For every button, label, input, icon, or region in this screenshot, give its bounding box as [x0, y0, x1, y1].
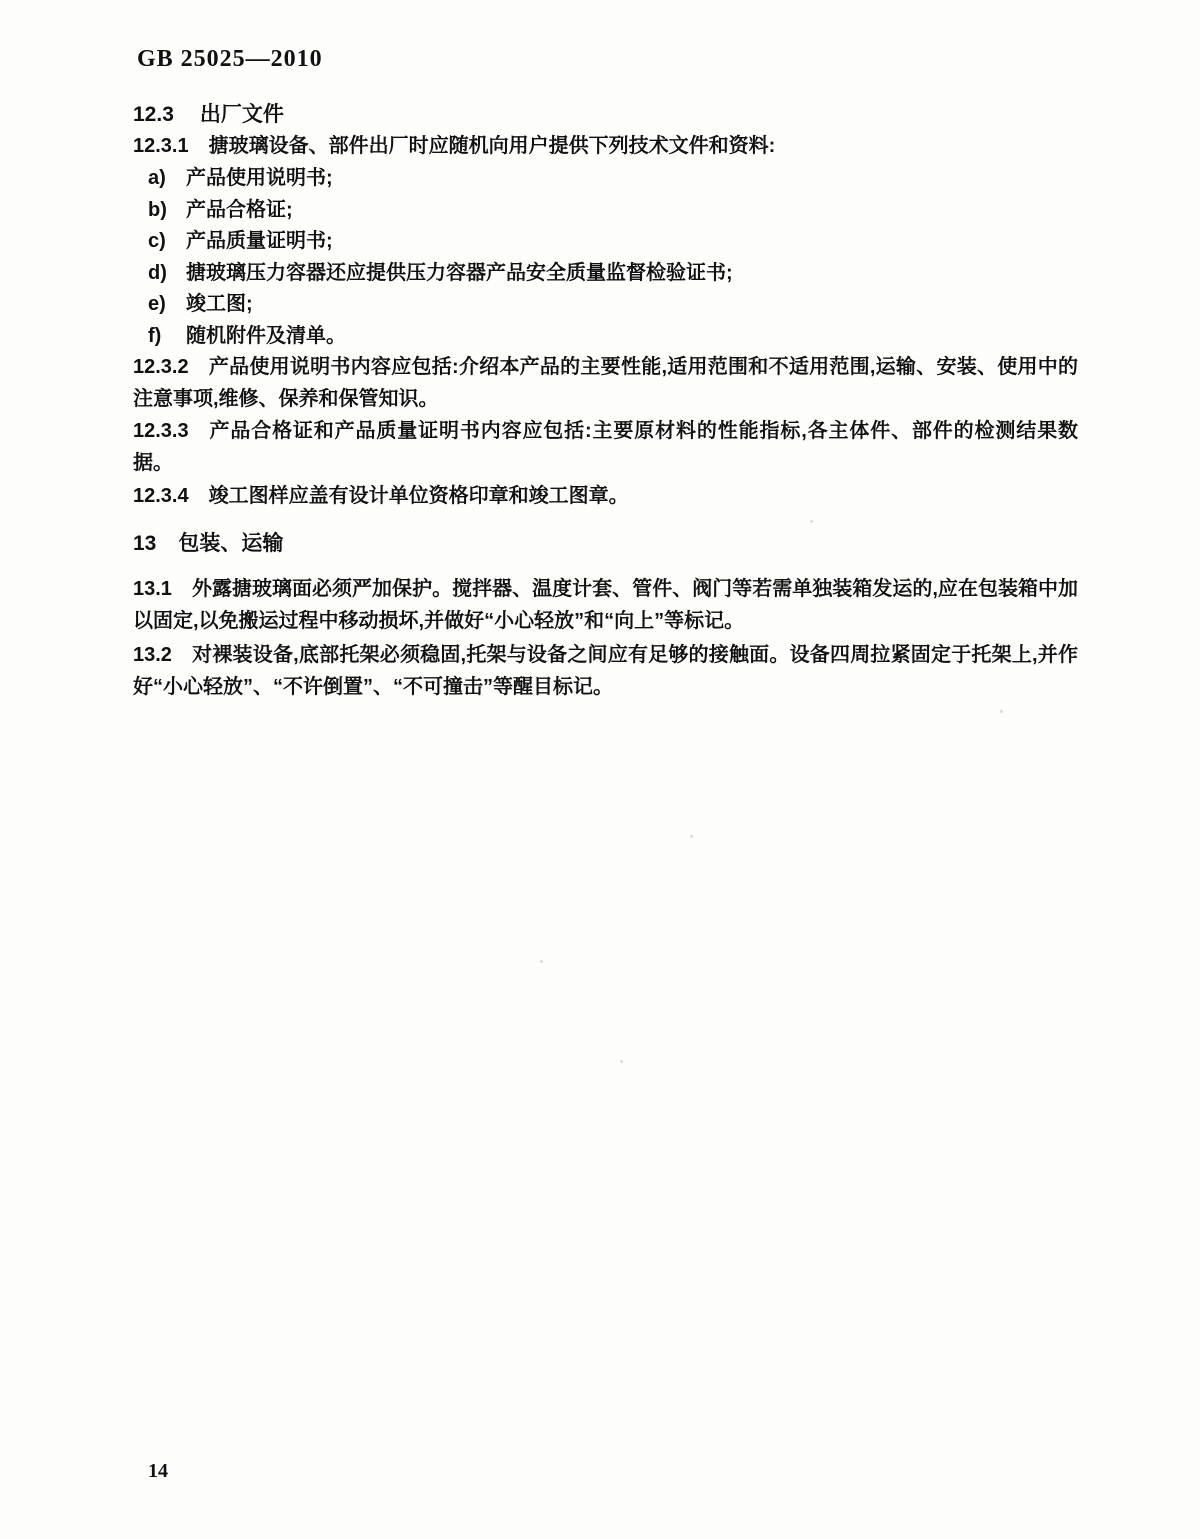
- scan-speck: [620, 1060, 623, 1063]
- list-item-text: 产品使用说明书;: [186, 167, 333, 189]
- section-heading-12-3: 12.3出厂文件: [133, 98, 284, 128]
- list-item-text: 竣工图;: [186, 293, 253, 315]
- clause-number: 12.3.2: [133, 352, 189, 384]
- clause-12-3-1: 12.3.1搪玻璃设备、部件出厂时应随机向用户提供下列技术文件和资料:: [133, 131, 1078, 163]
- clause-12-3-4: 12.3.4竣工图样应盖有设计单位资格印章和竣工图章。: [133, 481, 1078, 513]
- section-title: 包装、运输: [178, 532, 283, 555]
- section-number: 12.3: [133, 103, 174, 127]
- list-item: e)竣工图;: [148, 289, 733, 321]
- standard-code-header: GB 25025—2010: [137, 46, 323, 73]
- list-item: c)产品质量证明书;: [148, 226, 733, 258]
- list-item-label: d): [148, 258, 174, 290]
- list-item: d)搪玻璃压力容器还应提供压力容器产品安全质量监督检验证书;: [148, 258, 733, 290]
- scan-speck: [1000, 710, 1003, 713]
- list-item-text: 随机附件及清单。: [186, 325, 346, 347]
- clause-number: 13.2: [133, 640, 172, 672]
- clause-number: 12.3.3: [133, 416, 189, 448]
- scan-speck: [690, 835, 693, 838]
- list-item: b)产品合格证;: [148, 195, 733, 227]
- list-item-label: b): [148, 195, 174, 227]
- section-number: 13: [133, 532, 156, 556]
- list-item-text: 产品质量证明书;: [186, 230, 333, 252]
- list-item-label: e): [148, 289, 174, 321]
- clause-text: 竣工图样应盖有设计单位资格印章和竣工图章。: [209, 485, 629, 507]
- page-number: 14: [148, 1460, 168, 1483]
- clause-text: 外露搪玻璃面必须严加保护。搅拌器、温度计套、管件、阀门等若需单独装箱发运的,应在…: [133, 578, 1078, 632]
- section-title: 出厂文件: [200, 103, 284, 126]
- list-item: f)随机附件及清单。: [148, 321, 733, 353]
- clause-text: 搪玻璃设备、部件出厂时应随机向用户提供下列技术文件和资料:: [209, 135, 776, 157]
- list-item-label: a): [148, 163, 174, 195]
- list-item-label: f): [148, 321, 174, 353]
- list-item-text: 产品合格证;: [186, 199, 293, 221]
- clause-text: 产品合格证和产品质量证明书内容应包括:主要原材料的性能指标,各主体件、部件的检测…: [133, 420, 1078, 474]
- list-item-text: 搪玻璃压力容器还应提供压力容器产品安全质量监督检验证书;: [186, 262, 733, 284]
- clause-text: 对裸装设备,底部托架必须稳固,托架与设备之间应有足够的接触面。设备四周拉紧固定于…: [133, 644, 1078, 698]
- clause-12-3-3: 12.3.3产品合格证和产品质量证明书内容应包括:主要原材料的性能指标,各主体件…: [133, 416, 1078, 479]
- list-item: a)产品使用说明书;: [148, 163, 733, 195]
- scan-speck: [540, 960, 543, 963]
- clause-13-1: 13.1外露搪玻璃面必须严加保护。搅拌器、温度计套、管件、阀门等若需单独装箱发运…: [133, 574, 1078, 637]
- clause-12-3-2: 12.3.2产品使用说明书内容应包括:介绍本产品的主要性能,适用范围和不适用范围…: [133, 352, 1078, 415]
- clause-number: 12.3.4: [133, 481, 189, 513]
- list-item-label: c): [148, 226, 174, 258]
- scan-speck: [810, 520, 813, 523]
- clause-number: 13.1: [133, 574, 172, 606]
- document-page: GB 25025—2010 12.3出厂文件 12.3.1搪玻璃设备、部件出厂时…: [0, 0, 1200, 1539]
- clause-text: 产品使用说明书内容应包括:介绍本产品的主要性能,适用范围和不适用范围,运输、安装…: [133, 356, 1078, 410]
- section-heading-13: 13包装、运输: [133, 527, 283, 557]
- deliverables-list: a)产品使用说明书; b)产品合格证; c)产品质量证明书; d)搪玻璃压力容器…: [148, 163, 733, 353]
- clause-number: 12.3.1: [133, 131, 189, 163]
- clause-13-2: 13.2对裸装设备,底部托架必须稳固,托架与设备之间应有足够的接触面。设备四周拉…: [133, 640, 1078, 703]
